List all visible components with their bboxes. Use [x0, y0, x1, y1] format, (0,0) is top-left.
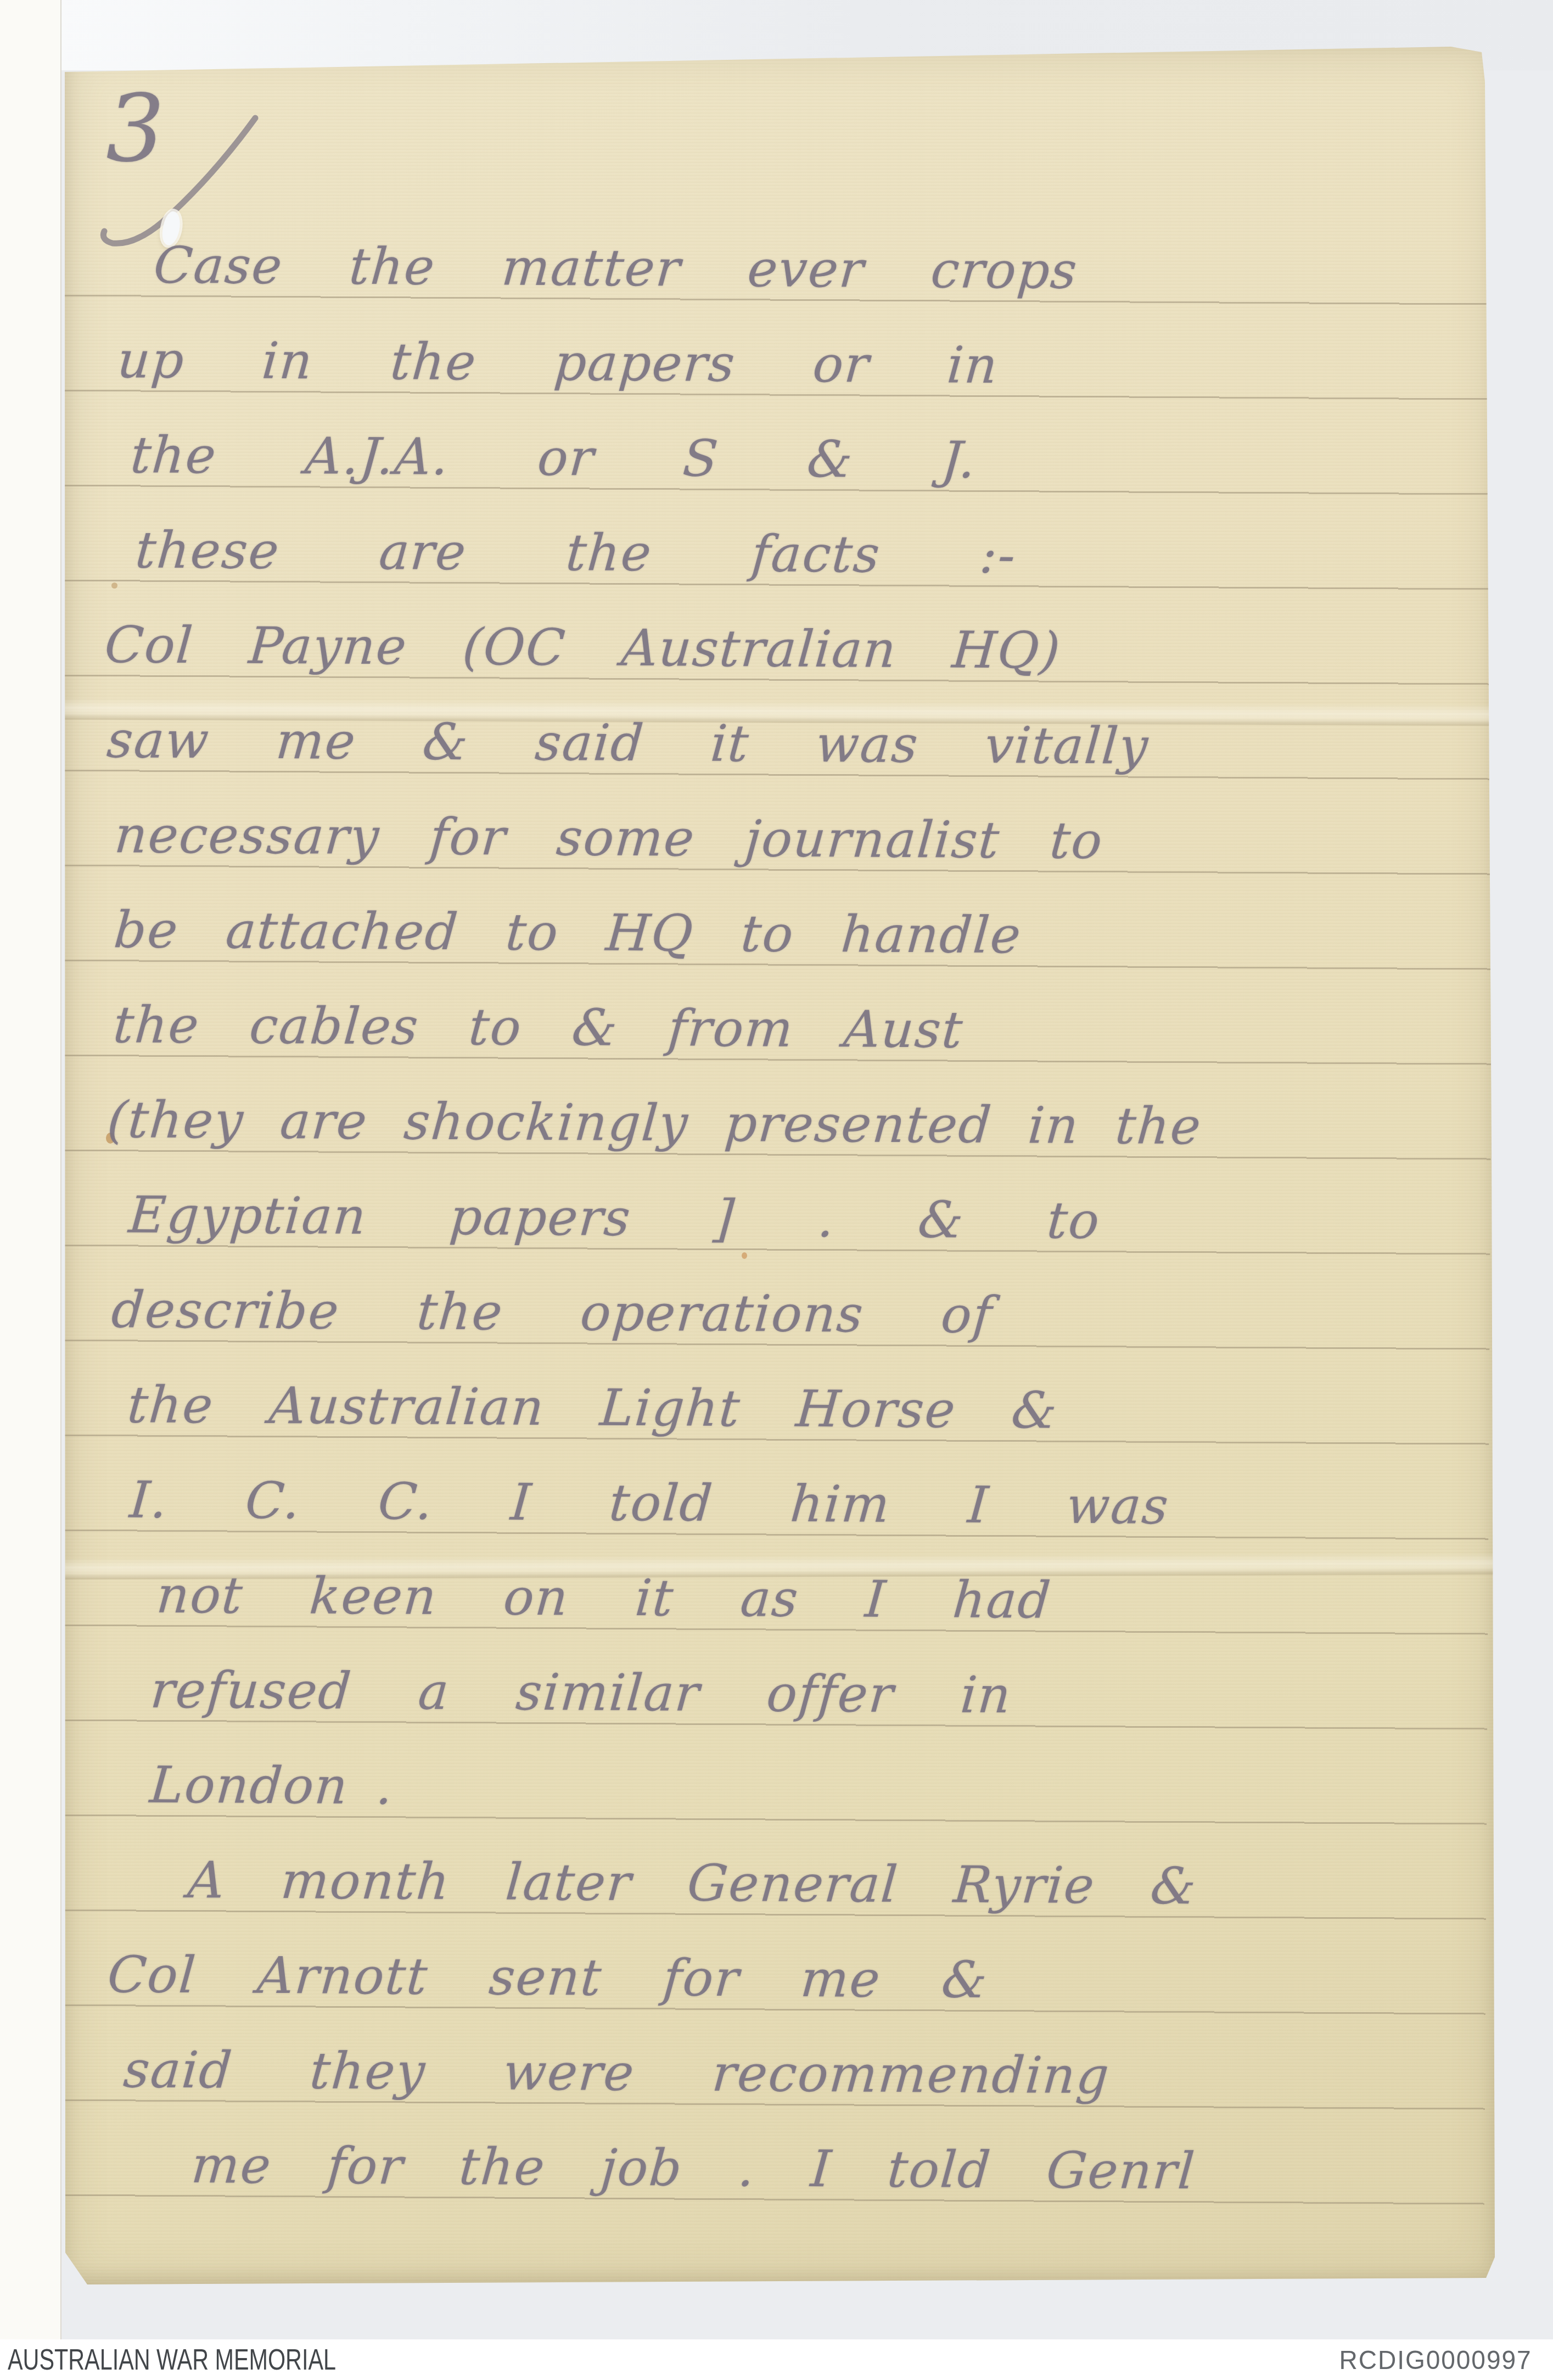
scanner-margin-strip	[0, 0, 61, 2380]
handwritten-line: the cables to & from Aust	[110, 984, 966, 1071]
handwritten-line: (they are shockingly presented in the	[104, 1079, 1204, 1168]
ruled-lines: Case the matter ever cropsup in the pape…	[52, 250, 1496, 2213]
handwritten-line: not keen on it as I had	[154, 1554, 1055, 1642]
letter-page: 3 Case the matter ever cropsup in the pa…	[63, 47, 1496, 2287]
scanned-document: 3 Case the matter ever cropsup in the pa…	[0, 0, 1553, 2380]
handwritten-line: Case the matter ever crops	[151, 225, 1081, 312]
handwritten-line: be attached to HQ to handle	[111, 889, 1024, 977]
handwritten-line: Col Arnott sent for me &	[105, 1934, 991, 2021]
footer-bar: AUSTRALIAN WAR MEMORIAL RCDIG0000997	[0, 2339, 1553, 2380]
handwritten-line: I. C. C. I told him I was	[127, 1459, 1172, 1547]
handwritten-line: the Australian Light Horse &	[125, 1364, 1061, 1452]
handwritten-line: London .	[147, 1744, 397, 1828]
handwritten-line: describe the operations of	[109, 1269, 996, 1357]
handwritten-line: these are the facts :-	[132, 509, 1019, 597]
handwritten-line: necessary for some journalist to	[111, 794, 1106, 882]
handwritten-line: saw me & said it was vitally	[104, 699, 1152, 788]
footer-archive-name: AUSTRALIAN WAR MEMORIAL	[8, 2343, 336, 2377]
handwritten-line: refused a similar offer in	[148, 1649, 1015, 1737]
handwritten-line: up in the papers or in	[115, 319, 1001, 407]
handwritten-line: Col Payne (OC Australian HQ)	[102, 604, 1064, 692]
handwritten-line: A month later General Ryrie &	[185, 1839, 1200, 1928]
footer-item-id: RCDIG0000997	[1339, 2345, 1532, 2376]
handwritten-line: the A.J.A. or S & J.	[128, 414, 980, 501]
handwritten-line: Egyptian papers ] . & to	[126, 1174, 1103, 1262]
handwritten-line: me for the job . I told Genrl	[189, 2124, 1199, 2213]
handwritten-line: said they were recommending	[121, 2029, 1113, 2117]
page-number: 3	[106, 69, 216, 189]
